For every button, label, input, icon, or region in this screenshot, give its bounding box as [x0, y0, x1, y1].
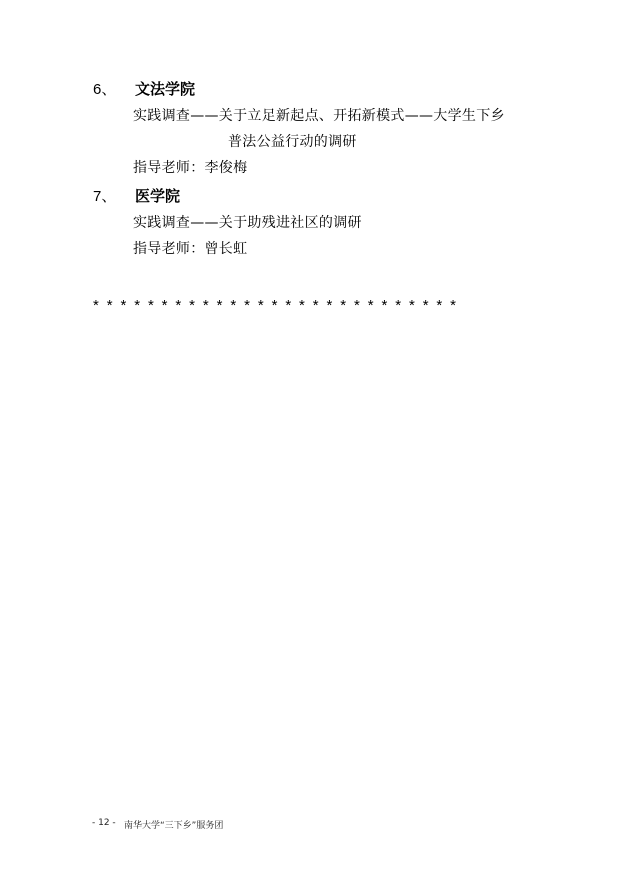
- project-title-continued: 普法公益行动的调研: [228, 131, 357, 151]
- advisor: 指导老师：李俊梅: [133, 157, 247, 177]
- section-number: 7、: [93, 185, 116, 206]
- project-title: 实践调查——关于立足新起点、开拓新模式——大学生下乡: [133, 105, 505, 125]
- divider-asterisks: ***************************: [93, 297, 464, 314]
- footer-org: 南华大学“三下乡”服务团: [124, 818, 223, 831]
- section-heading: 文法学院: [135, 78, 195, 99]
- project-title: 实践调查——关于助残进社区的调研: [133, 212, 362, 232]
- advisor: 指导老师：曾长虹: [133, 238, 247, 258]
- section-heading: 医学院: [135, 185, 180, 206]
- page-number: - 12 -: [92, 818, 116, 828]
- section-number: 6、: [93, 78, 116, 99]
